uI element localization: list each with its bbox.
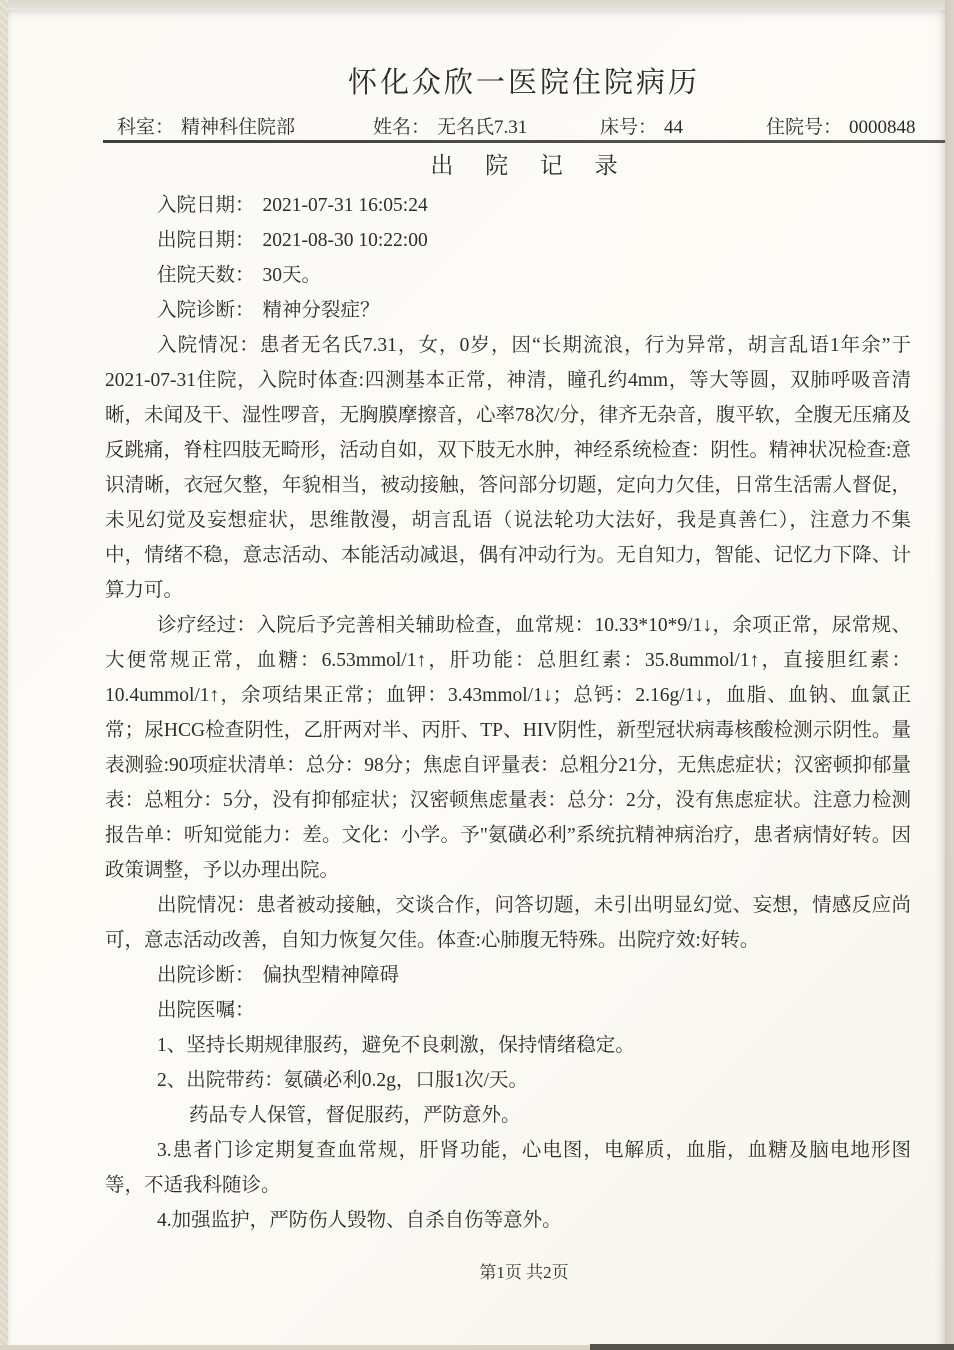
hospital-days-line-label: 住院天数：	[157, 265, 255, 286]
department-field: 科室：精神科住院部	[117, 112, 295, 139]
document-content: 怀化众欣一医院住院病历 科室：精神科住院部 姓名：无名氏7.31 床号：44 住…	[103, 10, 945, 1350]
admission-condition-paragraph: 入院情况：患者无名氏7.31，女，0岁，因“长期流浪，行为异常，胡言乱语1年余”…	[105, 328, 911, 608]
order-item-2: 2、出院带药：氨磺必利0.2g，口服1次/天。	[105, 1063, 911, 1098]
admission-diagnosis-line: 入院诊断：精神分裂症？	[105, 293, 911, 328]
admission-date-line-value: 2021-07-31 16:05:24	[263, 195, 428, 216]
discharge-condition-paragraph: 出院情况：患者被动接触，交谈合作，问答切题，未引出明显幻觉、妄想，情感反应尚可，…	[105, 888, 911, 958]
admission-number-field: 住院号：0000848	[766, 112, 916, 139]
discharge-diagnosis-line-label: 出院诊断：	[157, 965, 255, 986]
admission-number-value: 0000848	[849, 117, 916, 138]
admission-diagnosis-line-value: 精神分裂症？	[263, 300, 380, 321]
discharge-diagnosis-line-value: 偏执型精神障碍	[263, 965, 400, 986]
order-item-4: 4.加强监护，严防伤人毁物、自杀自伤等意外。	[105, 1203, 911, 1238]
document-body: 入院日期：2021-07-31 16:05:24出院日期：2021-08-30 …	[105, 188, 911, 1238]
page-number: 第1页 共2页	[103, 1258, 945, 1283]
scan-edge-bottom-right	[590, 1344, 954, 1350]
hospital-days-line: 住院天数：30天。	[105, 258, 911, 293]
patient-name-value: 无名氏7.31	[437, 117, 527, 138]
patient-name-field: 姓名：无名氏7.31	[373, 112, 527, 139]
admission-date-line: 入院日期：2021-07-31 16:05:24	[105, 188, 911, 223]
scan-edge-right	[945, 0, 954, 1350]
department-label: 科室：	[117, 117, 174, 138]
bed-number-field: 床号：44	[600, 112, 683, 139]
bed-number-label: 床号：	[600, 117, 657, 138]
order-item-3: 3.患者门诊定期复查血常规，肝肾功能，心电图，电解质，血脂，血糖及脑电地形图等，…	[105, 1133, 911, 1203]
discharge-date-line-value: 2021-08-30 10:22:00	[263, 230, 428, 251]
treatment-course-paragraph: 诊疗经过：入院后予完善相关辅助检查，血常规：10.33*10*9/1↓，余项正常…	[105, 608, 911, 888]
discharge-orders-heading: 出院医嘱：	[105, 993, 911, 1028]
hospital-days-line-value: 30天。	[263, 265, 322, 286]
scan-edge-left	[0, 0, 8, 1350]
discharge-diagnosis-line: 出院诊断：偏执型精神障碍	[105, 958, 911, 993]
admission-diagnosis-line-label: 入院诊断：	[157, 300, 255, 321]
discharge-date-line-label: 出院日期：	[157, 230, 255, 251]
bed-number-value: 44	[664, 117, 683, 138]
order-item-1: 1、坚持长期规律服药，避免不良刺激，保持情绪稳定。	[105, 1028, 911, 1063]
scan-edge-bottom-left	[0, 1345, 590, 1350]
scan-edge-top	[0, 0, 954, 10]
patient-info-row: 科室：精神科住院部 姓名：无名氏7.31 床号：44 住院号：0000848	[103, 112, 945, 138]
discharge-date-line: 出院日期：2021-08-30 10:22:00	[105, 223, 911, 258]
department-value: 精神科住院部	[181, 117, 295, 138]
patient-name-label: 姓名：	[373, 117, 430, 138]
admission-date-line-label: 入院日期：	[157, 195, 255, 216]
scan-background: { "document": { "hospital_title": "怀化众欣一…	[0, 0, 954, 1350]
document-page: 怀化众欣一医院住院病历 科室：精神科住院部 姓名：无名氏7.31 床号：44 住…	[8, 10, 945, 1350]
admission-number-label: 住院号：	[766, 117, 842, 138]
order-item-2-note: 药品专人保管，督促服药，严防意外。	[105, 1098, 911, 1133]
hospital-title: 怀化众欣一医院住院病历	[103, 60, 945, 101]
section-title: 出 院 记 录	[103, 147, 945, 180]
header-divider	[103, 140, 945, 143]
